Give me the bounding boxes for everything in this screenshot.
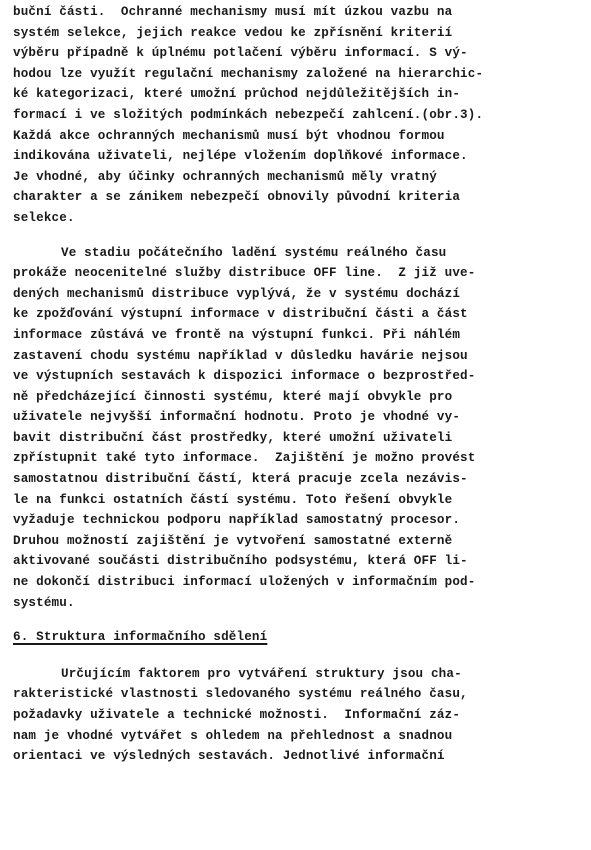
text-line: charakter a se zánikem nebezpečí obnovil… bbox=[13, 187, 588, 208]
text-line: formací i ve složitých podmínkách nebezp… bbox=[13, 105, 588, 126]
text-line: výběru případně k úplnému potlačení výbě… bbox=[13, 43, 588, 64]
paragraph-offline-distribution: Ve stadiu počátečního ladění systému reá… bbox=[13, 243, 588, 614]
text-line: buční části. Ochranné mechanismy musí mí… bbox=[13, 2, 588, 23]
text-line: bavit distribuční část prostředky, které… bbox=[13, 428, 588, 449]
text-line: Ve stadiu počátečního ladění systému reá… bbox=[13, 243, 588, 264]
text-line: zpřístupnit také tyto informace. Zajiště… bbox=[13, 448, 588, 469]
text-line: aktivované součásti distribučního podsys… bbox=[13, 551, 588, 572]
text-line: Každá akce ochranných mechanismů musí bý… bbox=[13, 126, 588, 147]
text-line: ne dokončí distribuci informací uloženýc… bbox=[13, 572, 588, 593]
text-line: ké kategorizaci, které umožní průchod ne… bbox=[13, 84, 588, 105]
text-line: systému. bbox=[13, 593, 588, 614]
text-line: vyžaduje technickou podporu například sa… bbox=[13, 510, 588, 531]
paragraph-gap bbox=[13, 613, 588, 627]
text-line: nam je vhodné vytvářet s ohledem na přeh… bbox=[13, 726, 588, 747]
text-line: ke zpožďování výstupní informace v distr… bbox=[13, 304, 588, 325]
paragraph-message-structure: Určujícím faktorem pro vytváření struktu… bbox=[13, 664, 588, 767]
text-line: dených mechanismů distribuce vyplývá, že… bbox=[13, 284, 588, 305]
text-line: zastavení chodu systému například v důsl… bbox=[13, 346, 588, 367]
text-line: požadavky uživatele a technické možnosti… bbox=[13, 705, 588, 726]
paragraph-protection-mechanisms: buční části. Ochranné mechanismy musí mí… bbox=[13, 2, 588, 229]
text-line: prokáže neocenitelné služby distribuce O… bbox=[13, 263, 588, 284]
document-page: buční části. Ochranné mechanismy musí mí… bbox=[13, 2, 588, 767]
text-line: systém selekce, jejich reakce vedou ke z… bbox=[13, 23, 588, 44]
text-line: ně předcházející činnosti systému, které… bbox=[13, 387, 588, 408]
text-line: informace zůstává ve frontě na výstupní … bbox=[13, 325, 588, 346]
text-line: rakteristické vlastnosti sledovaného sys… bbox=[13, 684, 588, 705]
text-line: ve výstupních sestavách k dispozici info… bbox=[13, 366, 588, 387]
text-line: Druhou možností zajištění je vytvoření s… bbox=[13, 531, 588, 552]
text-line: Je vhodné, aby účinky ochranných mechani… bbox=[13, 167, 588, 188]
text-line: selekce. bbox=[13, 208, 588, 229]
text-line: le na funkci ostatních částí systému. To… bbox=[13, 490, 588, 511]
text-line: uživatele nejvyšší informační hodnotu. P… bbox=[13, 407, 588, 428]
text-line: indikována uživateli, nejlépe vložením d… bbox=[13, 146, 588, 167]
paragraph-gap bbox=[13, 229, 588, 243]
text-line: Určujícím faktorem pro vytváření struktu… bbox=[13, 664, 588, 685]
text-line: hodou lze využít regulační mechanismy za… bbox=[13, 64, 588, 85]
paragraph-gap bbox=[13, 648, 588, 664]
text-line: samostatnou distribuční částí, která pra… bbox=[13, 469, 588, 490]
text-line: orientaci ve výsledných sestavách. Jedno… bbox=[13, 746, 588, 767]
section-heading: 6. Struktura informačního sdělení bbox=[13, 627, 588, 648]
